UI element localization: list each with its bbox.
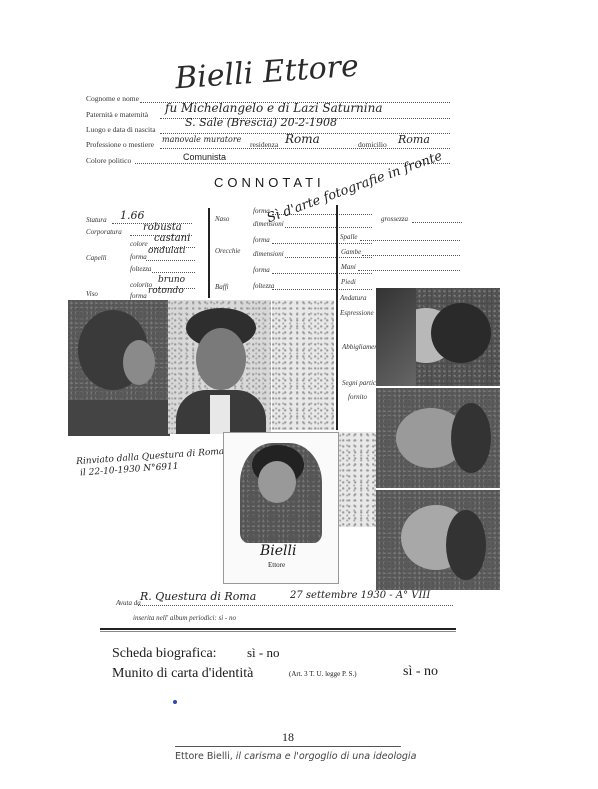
value-corporatura: robusta xyxy=(143,222,182,233)
field-label-politics: Colore politico xyxy=(86,156,131,165)
label-capelli: Capelli xyxy=(86,254,107,262)
field-value-birth: S. Sale (Brescia) 20-2-1908 xyxy=(185,116,337,129)
label-baffi: Baffi xyxy=(215,283,229,291)
label-andatura: Andatura xyxy=(340,294,366,302)
field-value-domicilio: Roma xyxy=(398,133,430,146)
field-label-birth: Luogo e data di nascita xyxy=(86,125,156,134)
label-corporatura: Corporatura xyxy=(86,228,122,236)
label-orecchie: Orecchie xyxy=(215,247,240,255)
label-statura: Statura xyxy=(86,216,107,224)
footer-caption: Ettore Bielli, il carisma e l'orgoglio d… xyxy=(175,751,416,762)
label-mani: Mani xyxy=(341,263,356,271)
munito-note: (Art. 3 T. U. legge P. S.) xyxy=(289,670,357,678)
label-orecchie-forma: forma xyxy=(253,236,270,244)
small-portrait-name: Ettore xyxy=(268,561,285,569)
field-value-profession: manovale muratore xyxy=(162,135,241,144)
photo-frontal-center xyxy=(168,300,271,434)
label-viso-forma: forma xyxy=(130,292,147,300)
photo-profile-right-top xyxy=(376,288,500,386)
value-capelli-forma: ondulati xyxy=(148,246,186,256)
photo-small-portrait xyxy=(240,443,322,543)
label-inserita-album: inserita nell' album periodici: sì - no xyxy=(133,614,236,622)
field-value-residenza: Roma xyxy=(285,132,320,146)
photo-profile-left xyxy=(68,300,170,436)
label-avuta-da: Avuta da xyxy=(116,599,141,607)
field-label-name: Cognome e nome xyxy=(86,94,139,103)
label-baffi-forma: forma xyxy=(253,266,270,274)
value-viso-colorito: bruno xyxy=(158,275,185,285)
label-grossezza: grossezza xyxy=(381,215,408,223)
field-label-parents: Paternità e maternità xyxy=(86,110,148,119)
page-number: 18 xyxy=(282,730,294,745)
scheda-biografica-value: sì - no xyxy=(247,645,280,661)
label-viso: Viso xyxy=(86,290,98,298)
label-gambe: Gambe xyxy=(341,248,361,256)
value-avuta-date: 27 settembre 1930 - A° VIII xyxy=(290,590,430,601)
value-viso-forma: rotondo xyxy=(148,286,184,296)
label-espressione: Espressione xyxy=(340,309,374,317)
small-portrait-signature: Bielli xyxy=(260,543,296,559)
separator-rule xyxy=(100,628,456,630)
handwritten-signature-top: Bielli Ettore xyxy=(174,49,360,97)
footer-title: il carisma e l'orgoglio di una ideologia xyxy=(236,751,417,762)
label-piedi: Piedi xyxy=(341,278,356,286)
munito-value: sì - no xyxy=(403,664,438,680)
footer-author: Ettore Bielli, xyxy=(175,751,233,762)
label-capelli-colore: colore xyxy=(130,240,148,248)
small-portrait-card: Bielli Ettore xyxy=(223,432,339,584)
label-naso: Naso xyxy=(215,215,229,223)
field-value-parents: fu Michelangelo e di Lazi Saturnina xyxy=(165,101,383,115)
section-title-connotati: CONNOTATI xyxy=(214,175,325,190)
label-spalle: Spalle xyxy=(340,233,358,241)
value-avuta-da: R. Questura di Roma xyxy=(140,590,256,603)
footer-rule xyxy=(175,746,401,747)
value-statura: 1.66 xyxy=(120,209,145,222)
label-orecchie-dimensioni: dimensioni xyxy=(253,250,284,258)
label-capelli-forma: forma xyxy=(130,253,147,261)
photo-frontal-right-middle xyxy=(376,388,500,488)
label-fornito: fornito xyxy=(348,393,367,401)
document-scrap-middle xyxy=(272,300,334,430)
document-scrap-annotation xyxy=(336,432,376,527)
field-label-profession: Professione o mestiere xyxy=(86,140,154,149)
value-capelli-colore: castani xyxy=(154,233,190,244)
munito-label: Munito di carta d'identità xyxy=(112,666,253,682)
blue-dot-mark xyxy=(173,700,177,704)
field-value-politics: Comunista xyxy=(183,152,226,162)
label-capelli-foltezza: foltezza xyxy=(130,265,151,273)
scheda-biografica-label: Scheda biografica: xyxy=(112,646,217,662)
photo-profile-right-bottom xyxy=(376,490,500,590)
